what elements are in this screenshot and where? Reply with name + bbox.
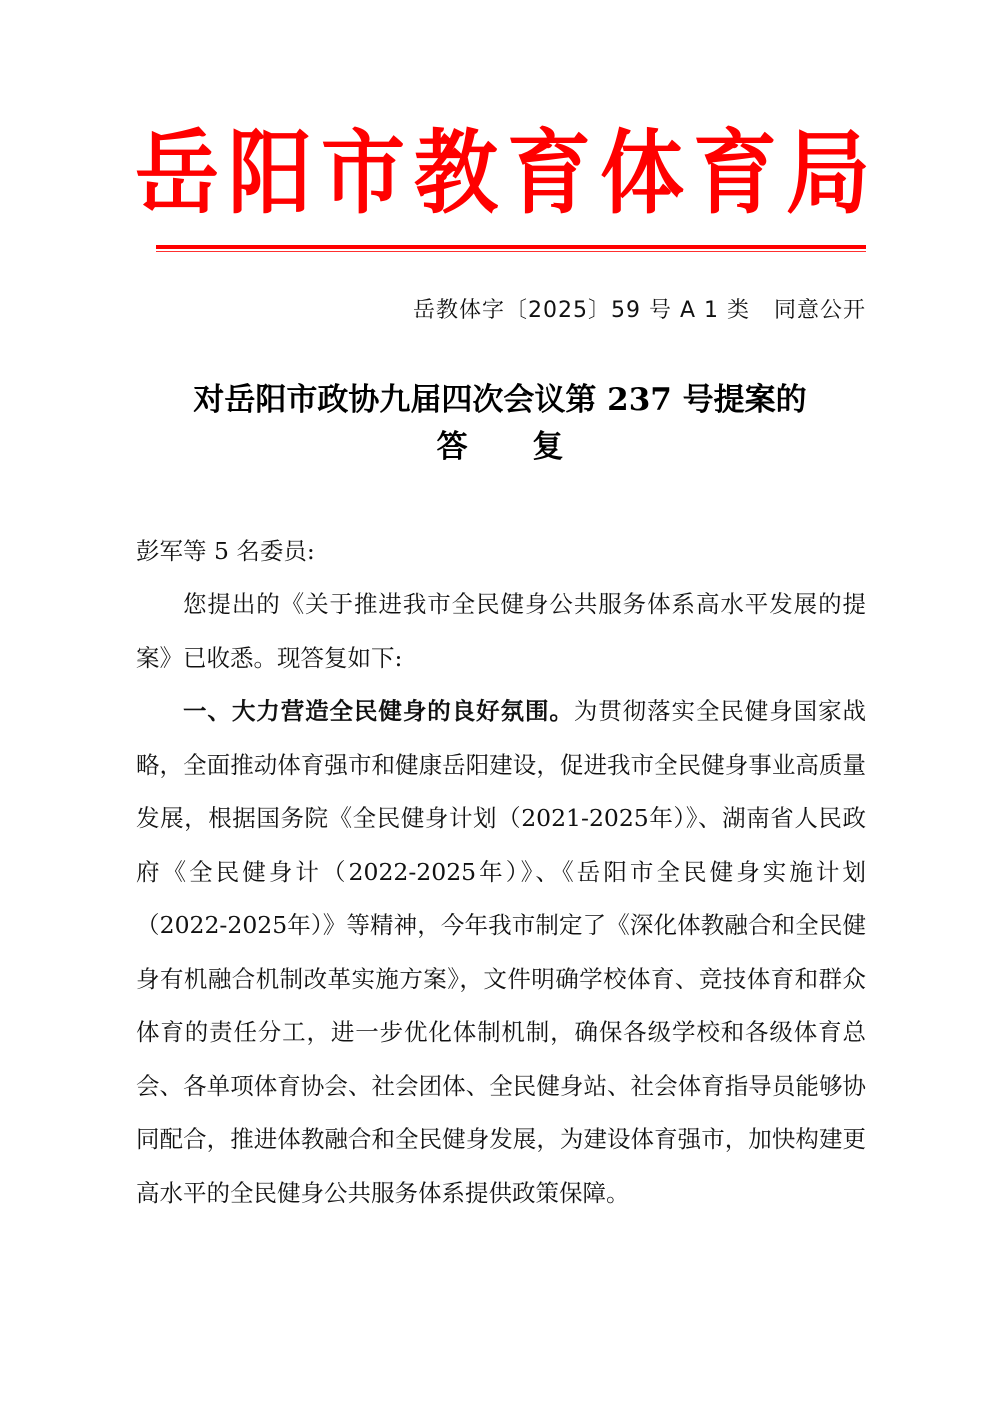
letterhead-rule-thin <box>156 251 866 252</box>
paragraph-text: 为贯彻落实全民健身国家战略，全面推动体育强市和健康岳阳建设，促进我市全民健身事业… <box>136 697 866 1207</box>
document-number: 岳教体字〔2025〕59 号 A 1 类 同意公开 <box>413 296 866 326</box>
letterhead-title: 岳 阳 市 教 育 体 育 局 <box>135 118 870 228</box>
letterhead-char: 岳 <box>135 114 219 233</box>
paragraph-intro: 您提出的《关于推进我市全民健身公共服务体系高水平发展的提案》已收悉。现答复如下: <box>136 578 866 685</box>
document-title-line1: 对岳阳市政协九届四次会议第 237 号提案的 <box>0 378 1000 422</box>
section-heading: 一、大力营造全民健身的良好氛围。 <box>183 697 574 725</box>
paragraph-text: 您提出的《关于推进我市全民健身公共服务体系高水平发展的提案》已收悉。现答复如下: <box>136 590 866 672</box>
letterhead-char: 教 <box>414 114 498 233</box>
letterhead-rule-thick <box>156 245 866 249</box>
letterhead-char: 育 <box>507 114 591 233</box>
salutation: 彭军等 5 名委员: <box>136 525 866 579</box>
letterhead-char: 阳 <box>228 114 312 233</box>
document-title-line2: 答 复 <box>0 425 1000 469</box>
letterhead-char: 局 <box>786 114 870 233</box>
letterhead-char: 育 <box>693 114 777 233</box>
document-page: 岳 阳 市 教 育 体 育 局 岳教体字〔2025〕59 号 A 1 类 同意公… <box>0 0 1000 1414</box>
letterhead-char: 市 <box>321 114 405 233</box>
letterhead-char: 体 <box>600 114 684 233</box>
paragraph-section-1: 一、大力营造全民健身的良好氛围。为贯彻落实全民健身国家战略，全面推动体育强市和健… <box>136 685 866 1220</box>
